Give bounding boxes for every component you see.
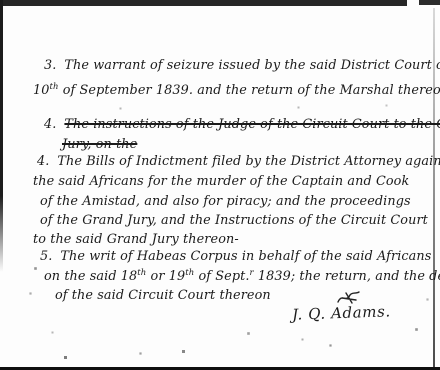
item5-line1-text: The writ of Habeas Corpus in behalf of t… [60,249,431,264]
scan-noise-speckles [0,0,1,1]
manuscript-line-item5-2: on the said 18th or 19th of Sept.r 1839;… [44,268,440,284]
manuscript-line-item4-1: 4.The Bills of Indictment filed by the D… [37,154,440,169]
item4-line3-text: of the Amistad, and also for piracy; and… [40,194,411,209]
item3-number: 3. [44,58,56,73]
manuscript-line-item3-2: 10th of September 1839. and the return o… [33,82,440,98]
item5-line2-mid1: or 19 [146,269,185,284]
item3-line2-superscript: th [49,82,58,92]
scan-border-top [0,0,407,6]
item3-line2-rest: of September 1839. and the return of the… [59,83,440,98]
item5-line2-superscript-2: th [185,268,194,278]
scan-border-left [0,0,3,272]
manuscript-line-item4-struck-1: 4.The instructions of the Judge of the C… [44,117,440,132]
signature: J. Q. Adams. [292,302,391,323]
manuscript-line-item4-3: of the Amistad, and also for piracy; and… [40,194,411,209]
item4-struck-number: 4. [44,117,56,132]
item5-line2-text: on the said 18 [44,269,137,284]
item4-line4-text: of the Grand Jury, and the Instructions … [40,213,428,228]
item5-line3-text: of the said Circuit Court thereon [55,288,271,303]
item4-line1-text: The Bills of Indictment filed by the Dis… [57,154,440,169]
item3-line2-text: 10 [33,83,49,98]
signature-text: J. Q. Adams. [292,302,391,323]
manuscript-line-item4-2: the said Africans for the murder of the … [33,174,409,189]
manuscript-line-item4-4: of the Grand Jury, and the Instructions … [40,213,428,228]
item4-line2-text: the said Africans for the murder of the … [33,174,409,189]
item5-line2-mid2: of Sept. [194,269,249,284]
manuscript-line-item5-3: of the said Circuit Court thereon [55,288,271,303]
item5-line2-rest: 1839; the return, and the decision [254,269,440,284]
manuscript-line-item4-struck-2: Jury, on the [62,137,137,152]
manuscript-line-item5-1: 5.The writ of Habeas Corpus in behalf of… [40,249,431,264]
item4-struck-line2-text: Jury, on the [62,137,137,152]
manuscript-scan-page: 3.The warrant of seizure issued by the s… [0,0,440,370]
item5-number: 5. [40,249,52,264]
item4-number: 4. [37,154,49,169]
manuscript-line-item3-1: 3.The warrant of seizure issued by the s… [44,58,440,73]
scan-border-top-right [419,0,440,5]
manuscript-line-item4-5: to the said Grand Jury thereon- [33,232,239,247]
item4-line5-text: to the said Grand Jury thereon- [33,232,239,247]
item3-line1-text: The warrant of seizure issued by the sai… [64,58,440,73]
item5-line2-superscript-1: th [137,268,146,278]
item4-struck-line1-text: The instructions of the Judge of the Cir… [64,117,440,132]
